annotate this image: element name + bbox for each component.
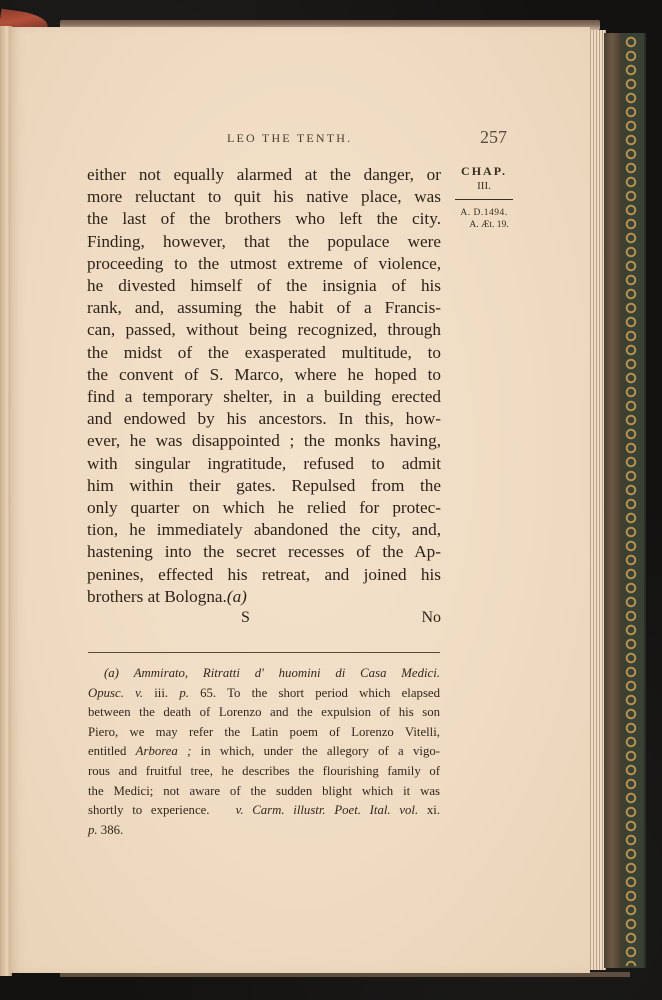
footnote-marker: (a) [104,666,119,680]
footnote-text: in which, under the allegory of a vigo- [191,744,440,758]
footnote-line: entitled Arborea ; in which, under the a… [88,742,440,762]
footnote-text: shortly to experience. [88,803,236,817]
chapter-label: CHAP. [452,164,516,179]
margin-age: A. Æt. 19. [452,220,516,230]
footnote-line: between the death of Lorenzo and the exp… [88,703,440,723]
footnote-text: 386. [98,823,124,837]
footnote-line: Piero, we may refer the Latin poem of Lo… [88,723,440,743]
catch-row: S No [87,609,441,631]
footnote-text: 65. To the short period which elapsed [189,686,440,700]
margin-note: CHAP. III. A. D.1494. A. Æt. 19. [452,164,516,230]
signature-mark: S [241,609,250,627]
body-line: the convent of S. Marco, where he hoped … [87,364,441,386]
footnote-line: Opusc. v. iii. p. 65. To the short perio… [88,684,440,704]
body-line: can, passed, without being recognized, t… [87,319,441,341]
footnote-italic: Arborea ; [136,744,192,758]
body-text: either not equally alarmed at the danger… [87,164,441,608]
cover-board [604,33,624,968]
margin-year: A. D.1494. [452,208,516,218]
body-line: ever, he was disappointed ; the monks ha… [87,430,441,452]
body-last-line: brothers at Bologna.(a) [87,586,441,608]
footnote-line: the Medici; not aware of the sudden blig… [88,782,440,802]
chapter-number: III. [452,180,516,192]
footnote: (a) Ammirato, Ritratti d' huomini di Cas… [88,664,440,840]
body-line: hastening into the secret recesses of th… [87,541,441,563]
body-line: find a temporary shelter, in a building … [87,386,441,408]
book-spine [622,33,646,968]
body-line: proceeding to the utmost extreme of viol… [87,253,441,275]
body-line: Finding, however, that the populace were [87,231,441,253]
body-line: and endowed by his ancestors. In this, h… [87,408,441,430]
footnote-rule [88,652,440,653]
body-line: either not equally alarmed at the danger… [87,164,441,186]
body-line: tion, he immediately abandoned the city,… [87,519,441,541]
body-line: with singular ingratitude, refused to ad… [87,453,441,475]
body-line: only quarter on which he relied for prot… [87,497,441,519]
footnote-text: xi. [418,803,440,817]
body-line-text: brothers at Bologna. [87,587,227,606]
body-line: him within their gates. Repulsed from th… [87,475,441,497]
footnote-italic: v. Carm. illustr. Poet. Ital. vol. [236,803,419,817]
body-line: rank, and, assuming the habit of a Franc… [87,297,441,319]
body-line: he divested himself of the insignia of h… [87,275,441,297]
footnote-line: shortly to experience. v. Carm. illustr.… [88,801,440,821]
body-line: more reluctant to quit his native place,… [87,186,441,208]
running-head: LEO THE TENTH. [227,131,352,146]
margin-rule [455,199,513,200]
footnote-italic: p. [88,823,98,837]
page-number: 257 [480,127,507,148]
footnote-line: (a) Ammirato, Ritratti d' huomini di Cas… [88,664,440,684]
footnote-citation: Ammirato, Ritratti d' huomini di Casa Me… [134,666,440,680]
footnote-line: rous and fruitful tree, he describes the… [88,762,440,782]
body-line: the midst of the exasperated multitude, … [87,342,441,364]
body-line: penines, effected his retreat, and joine… [87,564,441,586]
footnote-italic: Opusc. v. [88,686,143,700]
footnote-text: entitled [88,744,136,758]
footnote-text: iii. [143,686,179,700]
footnote-line: p. 386. [88,821,440,841]
footnote-reference[interactable]: (a) [227,587,247,606]
gilt-chain-ornament-icon [624,35,638,966]
catchword: No [421,609,441,627]
body-line: the last of the brothers who left the ci… [87,208,441,230]
footnote-italic: p. [179,686,189,700]
